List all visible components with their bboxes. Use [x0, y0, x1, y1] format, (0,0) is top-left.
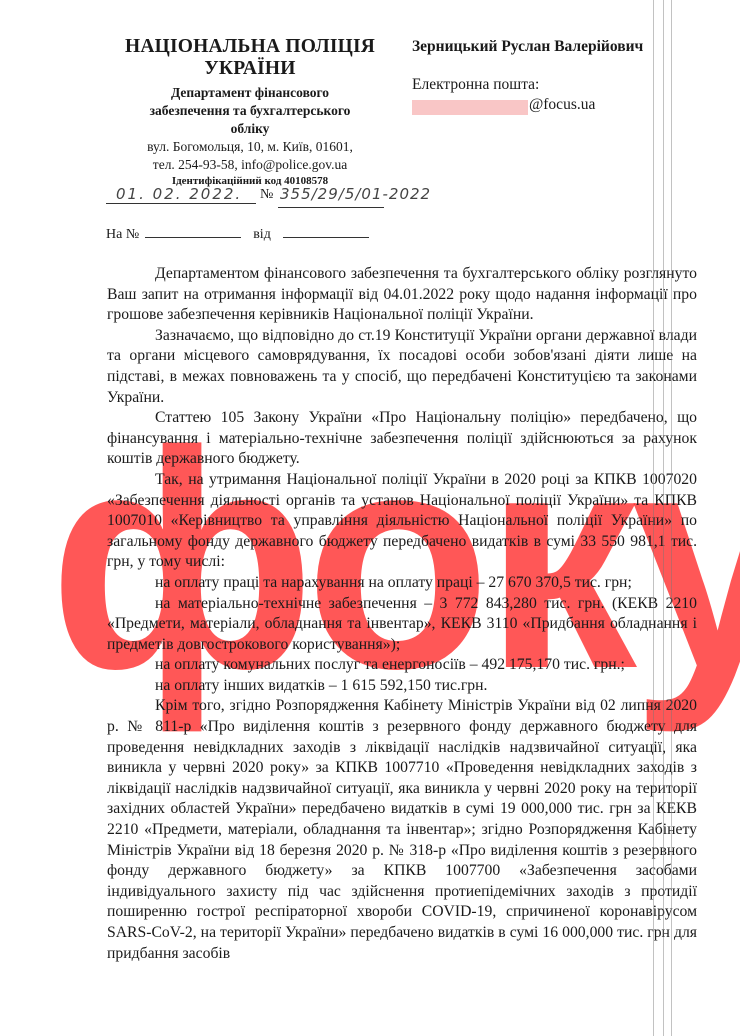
org-name-line2: УКРАЇНИ	[100, 58, 400, 80]
ref-date-blank	[283, 225, 369, 238]
contacts: тел. 254-93-58, info@police.gov.ua	[100, 156, 400, 174]
letter-page: НАЦІОНАЛЬНА ПОЛІЦІЯ УКРАЇНИ Департамент …	[0, 0, 740, 1036]
recipient-name: Зерницький Руслан Валерійович	[412, 37, 692, 57]
paragraph: Так, на утримання Національної поліції У…	[107, 470, 697, 573]
email-label: Електронна пошта:	[412, 75, 692, 95]
letter-body: Департаментом фінансового забезпечення т…	[107, 264, 697, 964]
expense-item: на оплату комунальних послуг та енергоно…	[107, 655, 697, 676]
expense-item: на оплату інших видатків – 1 615 592,150…	[107, 676, 697, 697]
registration-number: 355/29/5/01-2022	[280, 185, 431, 203]
ref-label: На №	[106, 227, 139, 242]
paragraph: Крім того, згідно Розпорядження Кабінету…	[107, 696, 697, 964]
registration-line: 01. 02. 2022. № 355/29/5/01-2022	[106, 185, 456, 213]
number-sign: №	[260, 187, 273, 203]
sender-header: НАЦІОНАЛЬНА ПОЛІЦІЯ УКРАЇНИ Департамент …	[100, 36, 400, 188]
ref-number-blank	[145, 225, 241, 238]
department-line3: обліку	[100, 120, 400, 138]
department-line1: Департамент фінансового	[100, 84, 400, 102]
department-line2: забезпечення та бухгалтерського	[100, 102, 400, 120]
address: вул. Богомольця, 10, м. Київ, 01601,	[100, 138, 400, 156]
reference-line: На №від	[106, 225, 369, 243]
email-redaction	[412, 100, 528, 115]
paragraph: Департаментом фінансового забезпечення т…	[107, 264, 697, 326]
expense-item: на матеріально-технічне забезпечення – 3…	[107, 594, 697, 656]
paragraph: Зазначаємо, що відповідно до ст.19 Конст…	[107, 326, 697, 408]
expense-item: на оплату праці та нарахування на оплату…	[107, 573, 697, 594]
email-row: @focus.ua	[412, 95, 692, 115]
scan-artifact-line	[653, 0, 654, 1036]
paragraph: Статтею 105 Закону України «Про Націонал…	[107, 408, 697, 470]
org-name-line1: НАЦІОНАЛЬНА ПОЛІЦІЯ	[100, 36, 400, 58]
recipient-block: Зерницький Руслан Валерійович Електронна…	[412, 37, 692, 115]
scan-artifact-line	[671, 0, 672, 1036]
ref-from-label: від	[253, 227, 271, 242]
email-domain: @focus.ua	[529, 95, 595, 115]
number-underline	[278, 207, 384, 208]
scan-artifact-line	[663, 0, 664, 1036]
registration-date: 01. 02. 2022.	[106, 185, 256, 204]
